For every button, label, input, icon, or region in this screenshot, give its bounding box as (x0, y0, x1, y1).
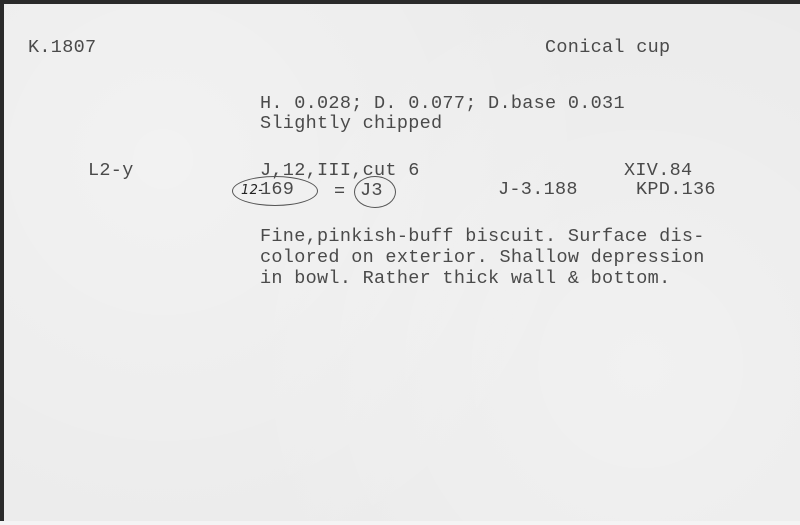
description-line-3: in bowl. Rather thick wall & bottom. (260, 269, 670, 289)
scan-edge (0, 521, 800, 525)
circled-ref: J3 (360, 181, 383, 201)
index-card: K.1807 Conical cup H. 0.028; D. 0.077; D… (4, 4, 800, 521)
dimensions: H. 0.028; D. 0.077; D.base 0.031 (260, 94, 625, 114)
equals-sign: = (334, 182, 345, 202)
catalog-number: K.1807 (28, 38, 96, 58)
condition: Slightly chipped (260, 114, 442, 134)
kpd-ref: KPD.136 (636, 180, 716, 200)
date-ref: XIV.84 (624, 161, 692, 181)
description-line-2: colored on exterior. Shallow depression (260, 248, 705, 268)
circled-number: 169 (260, 180, 294, 200)
location-code: L2-y (88, 161, 134, 181)
description-line-1: Fine,pinkish-buff biscuit. Surface dis- (260, 227, 705, 247)
object-type: Conical cup (545, 38, 670, 58)
inventory-ref: J-3.188 (498, 180, 578, 200)
